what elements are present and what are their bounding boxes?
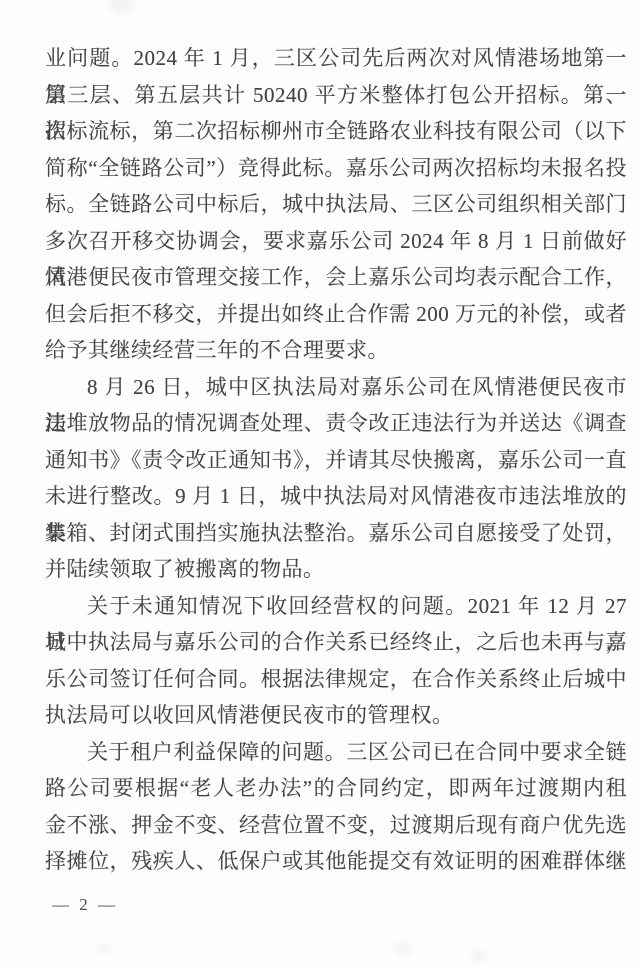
- scanned-document-page: 业问题。2024 年 1 月，三区公司先后两次对风情港场地第一层、第三层、第五层…: [0, 0, 640, 968]
- text-line: 标。全链路公司中标后，城中执法局、三区公司组织相关部门: [45, 186, 627, 223]
- text-line: 金不涨、押金不变、经营位置不变，过渡期后现有商户优先选: [45, 807, 627, 844]
- page-number: — 2 —: [52, 895, 118, 915]
- text-line: 8 月 26 日，城中区执法局对嘉乐公司在风情港便民夜市违: [45, 369, 627, 406]
- text-line: 简称“全链路公司”）竞得此标。嘉乐公司两次招标均未报名投: [45, 150, 627, 187]
- text-line: 招标流标，第二次招标柳州市全链路农业科技有限公司（以下: [45, 113, 627, 150]
- scan-smudge: [97, 944, 111, 954]
- text-line: 路公司要根据“老人老办法”的合同约定，即两年过渡期内租: [45, 770, 627, 807]
- scan-smudge: [395, 942, 411, 956]
- text-line: 但会后拒不移交，并提出如终止合作需 200 万元的补偿，或者: [45, 296, 627, 333]
- text-line: 情港便民夜市管理交接工作，会上嘉乐公司均表示配合工作，: [45, 259, 627, 296]
- text-line: 业问题。2024 年 1 月，三区公司先后两次对风情港场地第一层、: [45, 40, 627, 77]
- text-line: 执法局可以收回风情港便民夜市的管理权。: [45, 697, 627, 734]
- scan-smudge: [472, 950, 486, 962]
- text-line: 未进行整改。9 月 1 日，城中执法局对风情港夜市违法堆放的集: [45, 478, 627, 515]
- text-line: 择摊位，残疾人、低保户或其他能提交有效证明的困难群体继: [45, 843, 627, 880]
- text-line: 法堆放物品的情况调查处理、责令改正违法行为并送达《调查: [45, 405, 627, 442]
- text-line: 关于未通知情况下收回经营权的问题。2021 年 12 月 27 日，: [45, 588, 627, 625]
- text-line: 第三层、第五层共计 50240 平方米整体打包公开招标。第一次: [45, 77, 627, 114]
- text-line: 关于租户利益保障的问题。三区公司已在合同中要求全链: [45, 734, 627, 771]
- text-line: 城中执法局与嘉乐公司的合作关系已经终止，之后也未再与嘉: [45, 624, 627, 661]
- text-line: 并陆续领取了被搬离的物品。: [45, 551, 627, 588]
- text-line: 给予其继续经营三年的不合理要求。: [45, 332, 627, 369]
- scan-smudge: [108, 0, 134, 14]
- text-line: 装箱、封闭式围挡实施执法整治。嘉乐公司自愿接受了处罚，: [45, 515, 627, 552]
- text-line: 通知书》《责令改正通知书》，并请其尽快搬离，嘉乐公司一直: [45, 442, 627, 479]
- document-lines: 业问题。2024 年 1 月，三区公司先后两次对风情港场地第一层、第三层、第五层…: [45, 40, 627, 880]
- text-line: 多次召开移交协调会，要求嘉乐公司 2024 年 8 月 1 日前做好风: [45, 223, 627, 260]
- text-line: 乐公司签订任何合同。根据法律规定，在合作关系终止后城中: [45, 661, 627, 698]
